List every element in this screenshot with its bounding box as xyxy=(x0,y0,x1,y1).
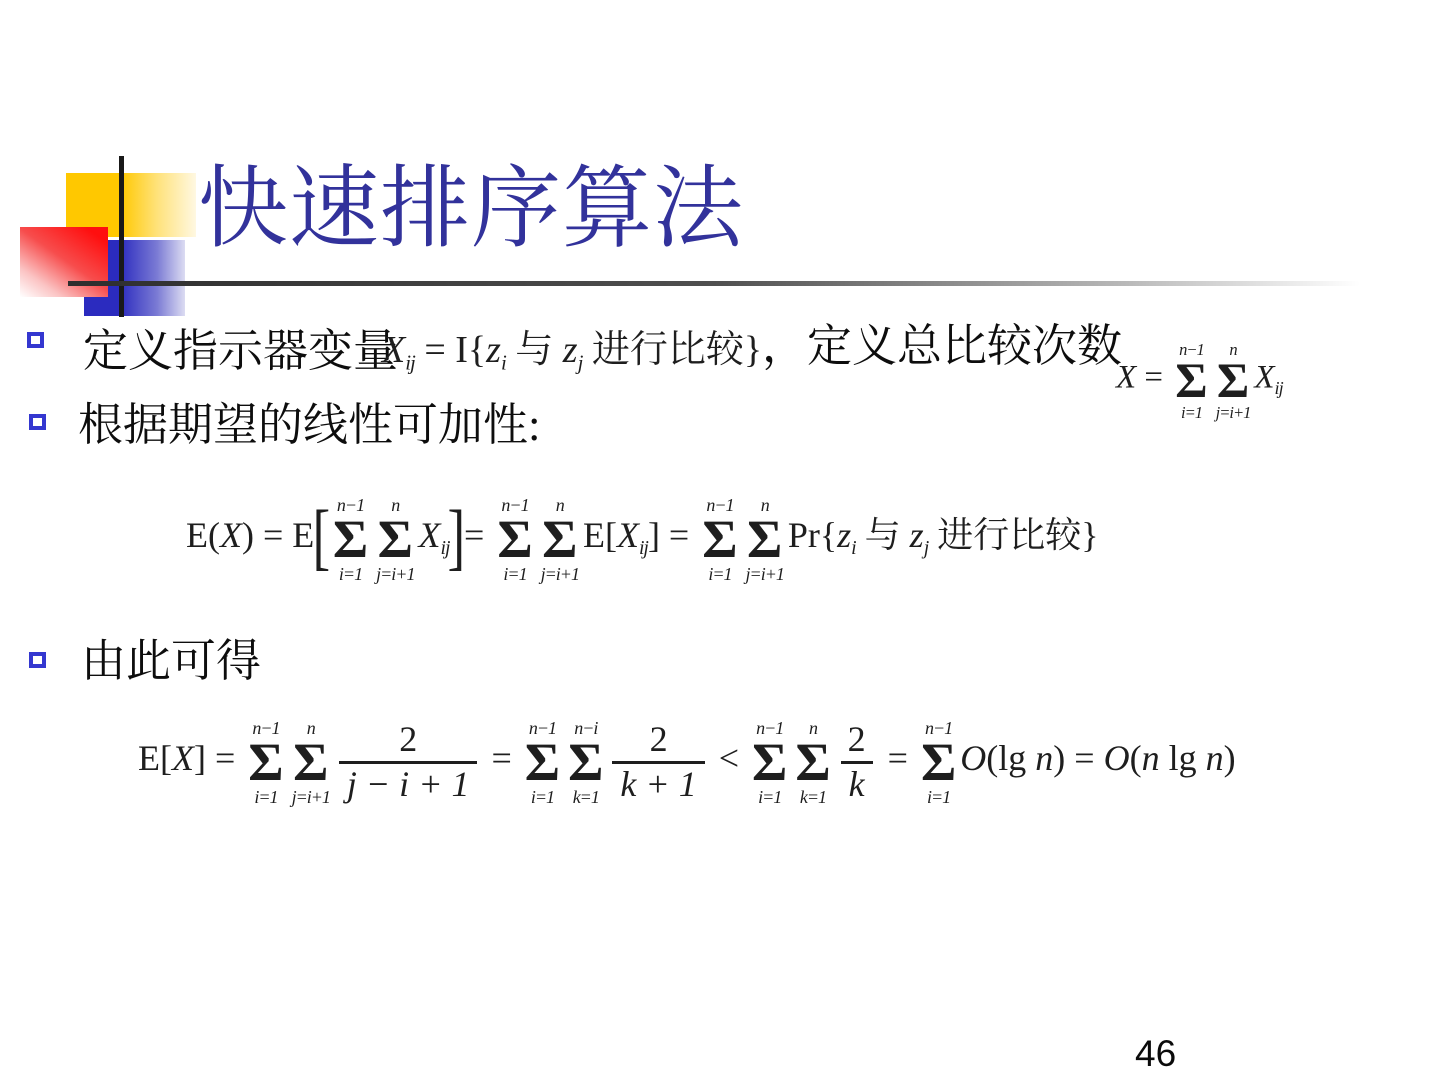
math-subscript: ij xyxy=(1275,378,1283,398)
math-sigma-symbol: Σ xyxy=(747,515,782,565)
math-variable: z xyxy=(563,329,578,371)
math-cjk-text: 与 xyxy=(506,329,563,371)
math-sigma-symbol: Σ xyxy=(702,515,737,565)
math-sum: n−1Σi=1 xyxy=(497,496,532,583)
math-sum: n−1Σi=1 xyxy=(702,496,737,583)
math-sum: nΣj=i+1 xyxy=(292,719,330,806)
math-roman: ) = xyxy=(1053,738,1103,778)
math-roman: Pr{ xyxy=(788,515,837,555)
decoration-vertical-line xyxy=(119,156,124,317)
math-variable: n xyxy=(1035,738,1053,778)
math-sum-lower-limit: i=1 xyxy=(531,788,554,807)
math-numerator: 2 xyxy=(840,721,874,761)
math-sum: n−1Σi=1 xyxy=(921,719,956,806)
math-roman: ] = xyxy=(648,515,698,555)
math-sum-lower-limit: i=1 xyxy=(927,788,950,807)
math-sum-lower-limit: j=i+1 xyxy=(746,565,784,584)
math-sigma-symbol: Σ xyxy=(497,515,532,565)
math-sigma-symbol: Σ xyxy=(795,738,830,788)
math-sum: nΣj=i+1 xyxy=(376,496,414,583)
math-denominator: k + 1 xyxy=(612,761,704,804)
math-roman: E( xyxy=(186,515,220,555)
math-denominator: k xyxy=(841,761,873,804)
math-sum: n−1Σi=1 xyxy=(248,719,283,806)
math-sum-lower-limit: k=1 xyxy=(800,788,826,807)
math-sum: n−1Σi=1 xyxy=(752,719,787,806)
math-sum-lower-limit: i=1 xyxy=(1181,404,1202,421)
math-sum-lower-limit: j=i+1 xyxy=(1216,404,1251,421)
math-sum: nΣk=1 xyxy=(795,719,830,806)
math-cjk-text: 进行比较 xyxy=(582,329,744,371)
math-fraction: 2j − i + 1 xyxy=(339,721,478,804)
math-sigma-symbol: Σ xyxy=(921,738,956,788)
math-denominator: j − i + 1 xyxy=(339,761,478,804)
math-roman: ) = E xyxy=(242,515,314,555)
math-sum-lower-limit: i=1 xyxy=(503,565,526,584)
math-roman: E[ xyxy=(583,515,617,555)
math-roman: } xyxy=(1081,515,1098,555)
math-sum: n−iΣk=1 xyxy=(568,719,603,806)
math-numerator: 2 xyxy=(391,721,425,761)
math-roman: = xyxy=(464,515,493,555)
bullet-3-text: 由此可得 xyxy=(81,637,261,687)
math-roman: < xyxy=(710,738,748,778)
page-title: 快速排序算法 xyxy=(198,163,744,258)
math-fraction: 2k xyxy=(840,721,874,804)
math-sigma-symbol: Σ xyxy=(1217,358,1249,404)
math-sum-lower-limit: i=1 xyxy=(254,788,277,807)
math-sum: nΣj=i+1 xyxy=(746,496,784,583)
math-sum: nΣj=i+1 xyxy=(1216,341,1251,421)
math-sigma-symbol: Σ xyxy=(1175,358,1207,404)
math-sigma-symbol: Σ xyxy=(248,738,283,788)
math-sigma-symbol: Σ xyxy=(293,738,328,788)
math-sum-lower-limit: j=i+1 xyxy=(292,788,330,807)
math-roman: = I{ xyxy=(415,329,486,371)
presentation-slide: 快速排序算法 定义指示器变量 Xij = I{zi 与 zj 进行比较} ，定义… xyxy=(0,0,1440,1080)
math-roman: = xyxy=(879,738,917,778)
math-fraction: 2k + 1 xyxy=(612,721,704,804)
math-sigma-symbol: Σ xyxy=(568,738,603,788)
math-variable: X xyxy=(1116,360,1136,396)
math-variable: n xyxy=(1206,738,1224,778)
math-variable: O xyxy=(960,738,986,778)
formula-expected-value-result: E[X] = n−1Σi=1nΣj=i+12j − i + 1 = n−1Σi=… xyxy=(138,718,1236,805)
math-variable: z xyxy=(837,515,851,555)
math-sum-lower-limit: i=1 xyxy=(708,565,731,584)
bullet-1-text: 定义指示器变量 xyxy=(83,327,398,377)
math-roman: (lg xyxy=(986,738,1035,778)
math-cjk-text: 进行比较 xyxy=(928,515,1081,555)
math-sum-lower-limit: i=1 xyxy=(339,565,362,584)
math-variable: X xyxy=(382,329,405,371)
math-variable: X xyxy=(1254,360,1274,396)
formula-indicator-variable: Xij = I{zi 与 zj 进行比较} xyxy=(382,331,762,373)
math-roman: = xyxy=(482,738,520,778)
formula-total-comparisons: X = n−1Σi=1nΣj=i+1Xij xyxy=(1116,340,1283,420)
math-variable: X xyxy=(172,738,194,778)
math-variable: z xyxy=(910,515,924,555)
math-roman: ] = xyxy=(194,738,244,778)
bullet-2-text: 根据期望的线性可加性: xyxy=(78,401,541,451)
math-sigma-symbol: Σ xyxy=(378,515,413,565)
math-sum-lower-limit: k=1 xyxy=(573,788,599,807)
formula-expectation-linearity: E(X) = E[n−1Σi=1nΣj=i+1Xij]= n−1Σi=1nΣj=… xyxy=(186,495,1098,582)
math-variable: X xyxy=(220,515,242,555)
decoration-red-square xyxy=(20,227,108,297)
math-sigma-symbol: Σ xyxy=(542,515,577,565)
math-subscript: ij xyxy=(639,537,648,559)
math-sigma-symbol: Σ xyxy=(525,738,560,788)
title-underline-rule xyxy=(68,281,1360,286)
math-sum: n−1Σi=1 xyxy=(333,496,368,583)
math-variable: n xyxy=(1142,738,1160,778)
math-sum-lower-limit: i=1 xyxy=(758,788,781,807)
math-sum: n−1Σi=1 xyxy=(1175,341,1207,421)
math-roman: E[ xyxy=(138,738,172,778)
math-sum: nΣj=i+1 xyxy=(541,496,579,583)
math-sum: n−1Σi=1 xyxy=(525,719,560,806)
bullet-square-icon xyxy=(27,332,44,348)
math-roman: ( xyxy=(1130,738,1142,778)
math-variable: z xyxy=(486,329,501,371)
math-sigma-symbol: Σ xyxy=(333,515,368,565)
bullet-1-text-2: ，定义总比较次数 xyxy=(762,322,1122,372)
math-variable: O xyxy=(1104,738,1130,778)
math-sigma-symbol: Σ xyxy=(752,738,787,788)
bullet-square-icon xyxy=(29,652,46,668)
page-number: 46 xyxy=(1135,1033,1176,1075)
math-cjk-text: 与 xyxy=(856,515,910,555)
math-subscript: ij xyxy=(405,350,415,374)
math-numerator: 2 xyxy=(642,721,676,761)
math-roman: ) xyxy=(1224,738,1236,778)
math-variable: X xyxy=(418,515,440,555)
math-variable: X xyxy=(617,515,639,555)
math-sum-lower-limit: j=i+1 xyxy=(376,565,414,584)
math-sum-lower-limit: j=i+1 xyxy=(541,565,579,584)
math-roman: lg xyxy=(1160,738,1206,778)
math-roman: } xyxy=(744,329,762,371)
math-roman: = xyxy=(1136,360,1171,396)
bullet-square-icon xyxy=(29,414,46,430)
